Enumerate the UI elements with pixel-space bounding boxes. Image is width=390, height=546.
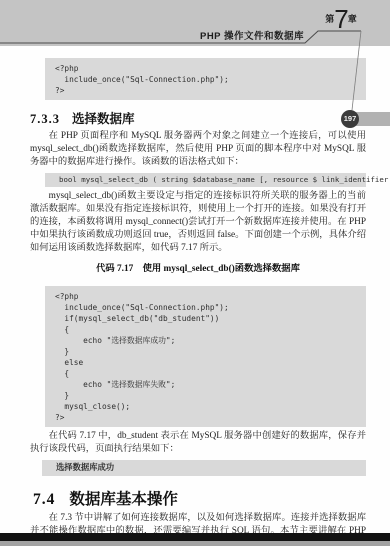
paragraph: 在代码 7.17 中，db_student 表示在 MySQL 服务器中创建好的… (30, 430, 366, 456)
code-line: echo "选择数据库成功"; (55, 335, 360, 346)
code-line: if(mysql_select_db("db_student")) (55, 313, 360, 324)
chapter-number: 7 (334, 4, 347, 34)
code-line: ?> (55, 412, 360, 423)
code-line: ?> (55, 85, 360, 96)
section-number: 7.4 (33, 491, 55, 508)
book-page: 第7章 PHP 操作文件和数据库 197 <?php include_once(… (0, 0, 390, 546)
code-line: <?php (55, 63, 360, 74)
code-line: include_once("Sql-Connection.php"); (55, 302, 360, 313)
code-block-select-db: <?php include_once("Sql-Connection.php")… (45, 286, 366, 427)
chapter-suffix: 章 (348, 14, 357, 24)
running-header-title: PHP 操作文件和数据库 (200, 28, 304, 42)
section-heading-74: 7.4数据库基本操作 (33, 487, 366, 509)
code-line: echo "选择数据库失败"; (55, 379, 360, 390)
page-bottom-gray-band (0, 541, 390, 546)
section-title: 数据库基本操作 (69, 491, 178, 508)
page-bottom-dark-band (0, 533, 390, 541)
code-line: { (55, 324, 360, 335)
code-line: mysql_close(); (55, 401, 360, 412)
code-line: { (55, 368, 360, 379)
chapter-label: 第7章 (316, 4, 366, 35)
section-number: 7.3.3 (30, 112, 60, 126)
paragraph: mysql_select_db()函数主要设定与指定的连接标识符所关联的服务器上… (30, 190, 366, 256)
page-content: <?php include_once("Sql-Connection.php")… (0, 46, 390, 546)
syntax-code-line: bool mysql_select_db ( string $database_… (45, 173, 366, 187)
section-heading-733: 7.3.3选择数据库 (30, 109, 366, 127)
code-block-include: <?php include_once("Sql-Connection.php")… (45, 58, 366, 100)
code-line: else (55, 357, 360, 368)
code-line: } (55, 390, 360, 401)
execution-result-block: 选择数据库成功 (42, 460, 366, 476)
code-line: include_once("Sql-Connection.php"); (55, 74, 360, 85)
code-line: } (55, 346, 360, 357)
chapter-prefix: 第 (325, 14, 334, 24)
section-title: 选择数据库 (72, 112, 135, 126)
code-caption: 代码 7.17 使用 mysql_select_db()函数选择数据库 (30, 260, 366, 274)
code-line: <?php (55, 291, 360, 302)
paragraph: 在 PHP 页面程序和 MySQL 服务器两个对象之间建立一个连接后，可以使用 … (30, 130, 366, 170)
page-number-badge: 197 (341, 110, 359, 128)
